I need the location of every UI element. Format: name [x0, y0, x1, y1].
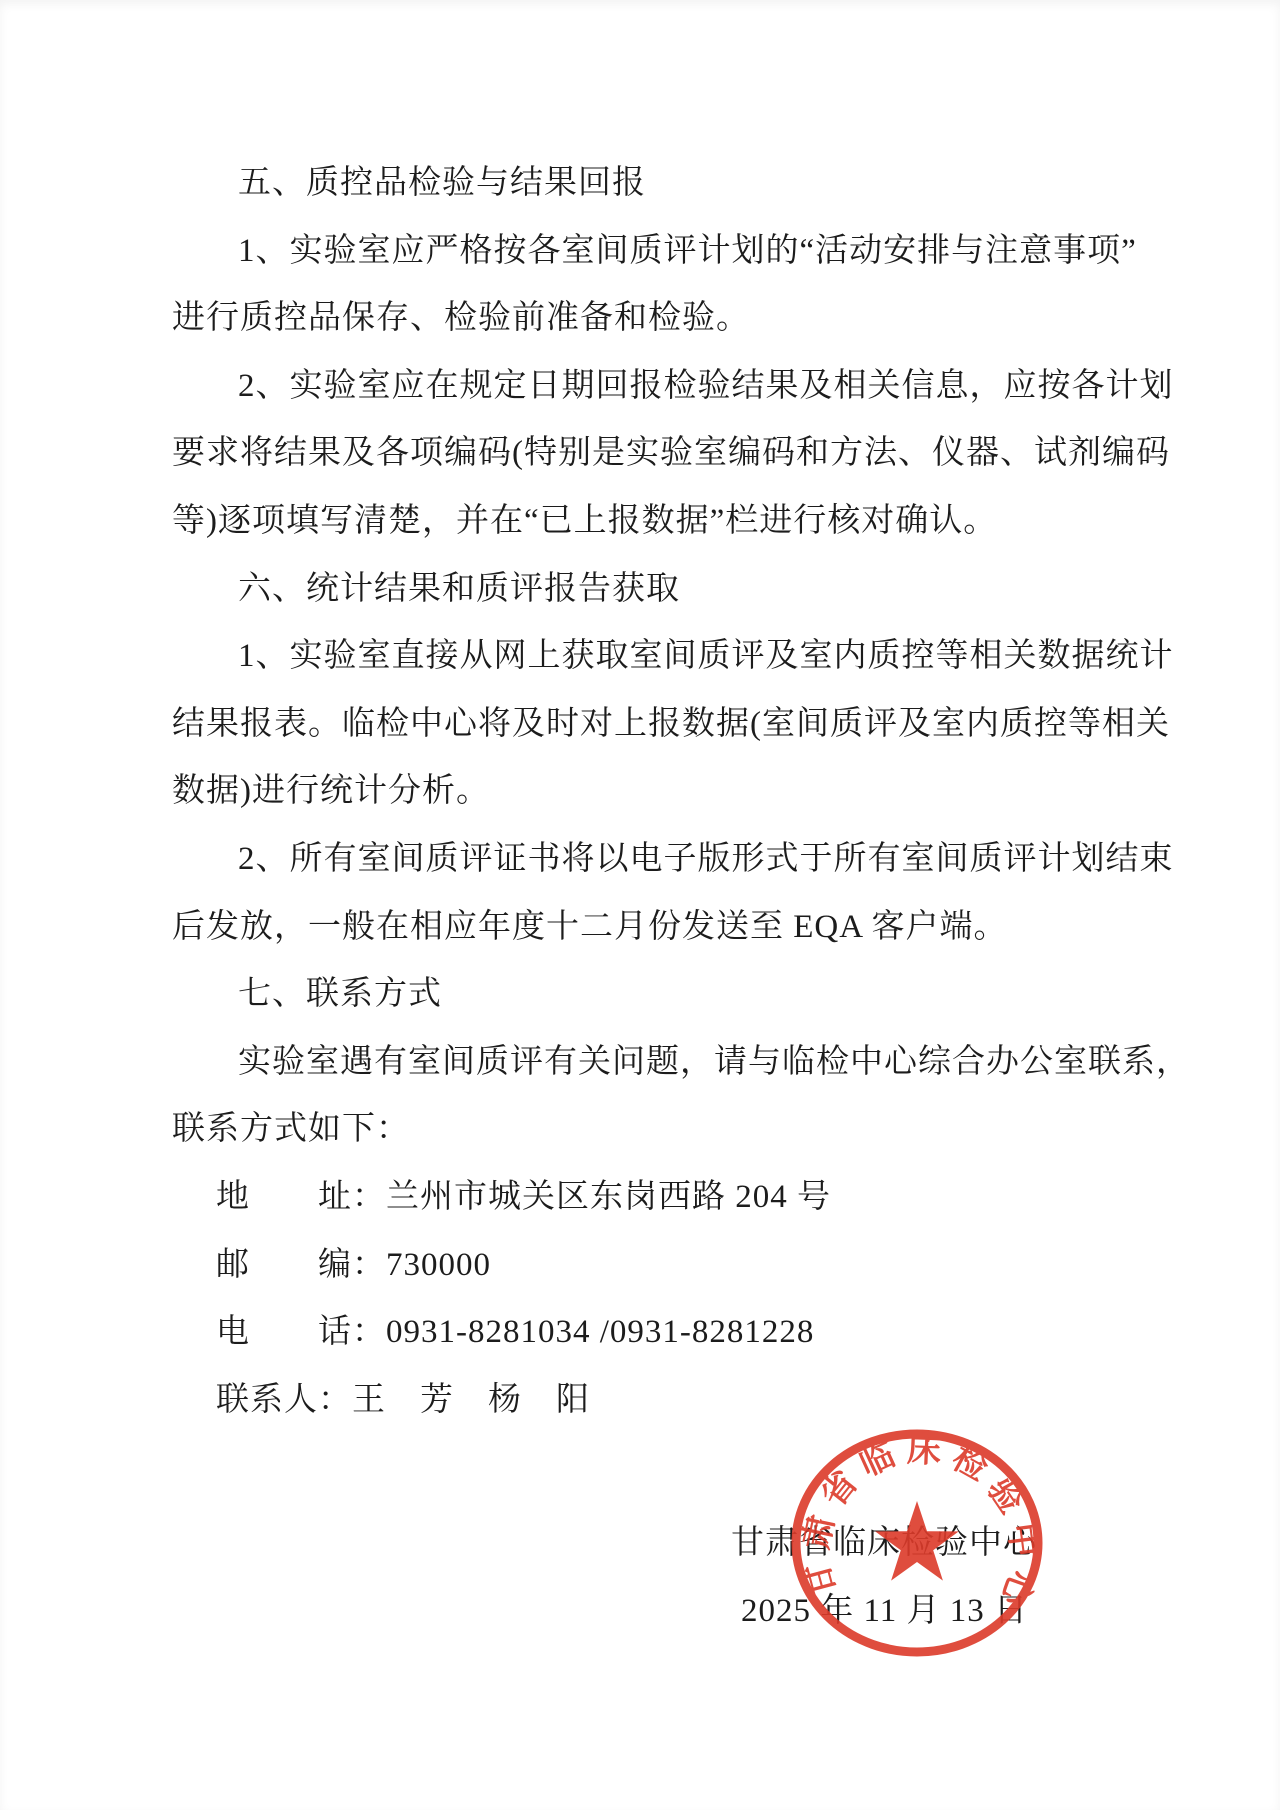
- signature-block: 甘肃省临床检验中心 2025 年 11 月 13 日: [0, 1510, 1280, 1645]
- contact-postcode-line: 邮 编：730000: [172, 1232, 1087, 1300]
- doc-line: 2、实验室应在规定日期回报检验结果及相关信息，应按各计划: [172, 353, 1087, 421]
- doc-line: 1、实验室应严格按各室间质评计划的“活动安排与注意事项”: [172, 218, 1087, 286]
- section-heading-6: 六、统计结果和质评报告获取: [172, 556, 1087, 624]
- doc-line: 等)逐项填写清楚，并在“已上报数据”栏进行核对确认。: [172, 488, 1087, 556]
- star-icon: [875, 1501, 959, 1581]
- document-text: 五、质控品检验与结果回报 1、实验室应严格按各室间质评计划的“活动安排与注意事项…: [172, 150, 1087, 1434]
- doc-line: 要求将结果及各项编码(特别是实验室编码和方法、仪器、试剂编码: [172, 420, 1087, 488]
- doc-line: 结果报表。临检中心将及时对上报数据(室间质评及室内质控等相关: [172, 691, 1087, 759]
- seal-icon: 甘肃省临床检验中心: [787, 1423, 1047, 1663]
- official-seal-stamp: 甘肃省临床检验中心: [787, 1423, 1047, 1663]
- signature-date: 2025 年 11 月 13 日: [0, 1578, 1280, 1646]
- contact-address-line: 地 址：兰州市城关区东岗西路 204 号: [172, 1164, 1087, 1232]
- contact-phone-line: 电 话：0931-8281034 /0931-8281228: [172, 1299, 1087, 1367]
- doc-line: 1、实验室直接从网上获取室间质评及室内质控等相关数据统计: [172, 623, 1087, 691]
- section-heading-7: 七、联系方式: [172, 961, 1087, 1029]
- doc-line: 后发放，一般在相应年度十二月份发送至 EQA 客户端。: [172, 894, 1087, 962]
- section-heading-5: 五、质控品检验与结果回报: [172, 150, 1087, 218]
- signature-org: 甘肃省临床检验中心: [0, 1510, 1280, 1578]
- doc-line: 联系方式如下：: [172, 1096, 1087, 1164]
- doc-line: 数据)进行统计分析。: [172, 758, 1087, 826]
- doc-line: 实验室遇有室间质评有关问题，请与临检中心综合办公室联系，: [172, 1029, 1087, 1097]
- doc-line: 2、所有室间质评证书将以电子版形式于所有室间质评计划结束: [172, 826, 1087, 894]
- document-page: 五、质控品检验与结果回报 1、实验室应严格按各室间质评计划的“活动安排与注意事项…: [0, 0, 1280, 1810]
- doc-line: 进行质控品保存、检验前准备和检验。: [172, 285, 1087, 353]
